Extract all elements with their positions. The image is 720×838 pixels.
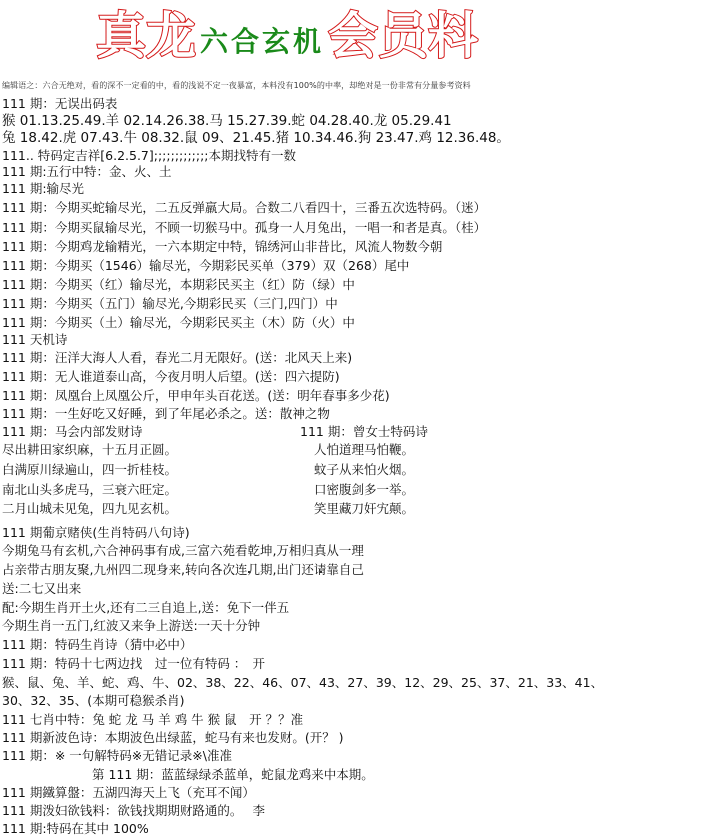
one-sentence-content: 第 111 期：蓝蓝绿绿杀蓝单，蛇鼠龙鸡来中本期。 (92, 766, 374, 784)
poem-left-line: 尽出耕田家织麻，十五月正圆。 (2, 441, 177, 459)
special-code-within-line: 111 期:特码在其中 100% (2, 820, 149, 838)
text-line: 占亲带古朋友聚,九州四二现身来,转向各次连几期,出门还请靠自己 (2, 561, 364, 579)
stray-dot (248, 571, 250, 573)
section-heading-code-table: 111 期：无误出码表 (2, 95, 117, 113)
heaven-poem-heading: 111 天机诗 (2, 331, 67, 349)
poem-right-line: 人怕道理马怕鞭。 (314, 441, 414, 459)
text-line: 111 期：今期鸡龙输精光，一六本期定中特，锦绣河山非昔比，风流人物数今朝 (2, 238, 442, 256)
macau-gambler-heading: 111 期葡京赌侠(生肖特码八句诗) (2, 524, 190, 542)
text-line: 111 期：今期买（1546）输尽光，今期彩民买单（379）双（268）尾中 (2, 257, 409, 275)
wave-color-poem-line: 111 期新波色诗：本期波色出绿蓝，蛇马有来也发财。(开？ ) (2, 729, 344, 747)
iron-abacus-line: 111 期鐵算盤：五湖四海天上飞（充耳不闻） (2, 784, 255, 802)
lose-all-heading: 111 期:输尽光 (2, 180, 84, 198)
money-wanting-line: 111 期泼妇欲钱料：欲钱找期期财路通的。 李 (2, 802, 265, 820)
text-line: 111 期：无人谁道泰山高，今夜月明人后望。(送：四六提防) (2, 368, 340, 386)
text-line: 111 期：汪洋大海人人看，春光二月无限好。(送：北风天上来) (2, 349, 352, 367)
poem-right-title: 111 期：曾女士特码诗 (300, 423, 428, 441)
text-line: 111 期：今期买（红）输尽光，本期彩民买主（红）防（绿）中 (2, 276, 355, 294)
five-elements-line: 111 期:五行中特：金、火、土 (2, 163, 172, 181)
text-line: 111 期：一生好吃又好睡，到了年尾必杀之。送：散神之物 (2, 405, 330, 423)
banner-title-zhenlong: 真龙 (96, 6, 196, 66)
poem-left-line: 南北山头多虎马，三衰六旺定。 (2, 481, 177, 499)
text-line: 配:今期生肖开土火,还有二三自追上,送：免下一伴五 (2, 599, 289, 617)
text-line: 111 期：今期买蛇输尽光，二五反弹羸大局。合数二八看四十，三番五次选特码。（迷… (2, 199, 486, 217)
zodiac-number-row-2: 兔 18.42.虎 07.43.牛 08.32.鼠 09、21.45.猪 10.… (2, 129, 510, 147)
one-sentence-heading: 111 期：※ 一句解特码※无错记录※\准准 (2, 747, 232, 765)
editor-disclaimer: 编辑语之：六合无绝对，看的深不一定看的中，看的浅说不定一夜暴富，本料没有100%… (2, 80, 471, 91)
banner-logo: 真龙 六合玄机 会员料 (96, 6, 478, 66)
poem-left-line: 白满原川绿遍山，四一折桂枝。 (2, 461, 177, 479)
poem-right-line: 口密腹剑多一举。 (314, 481, 414, 499)
banner-title-huiyuanliao: 会员料 (328, 6, 478, 66)
poem-left-line: 二月山城未见兔，四九见玄机。 (2, 500, 177, 518)
text-line: 111 期：特码十七两边找 过一位有特码 ： 开 (2, 655, 265, 673)
zodiac-poem-heading: 111 期：特码生肖诗（猜中必中） (2, 636, 192, 654)
poem-right-line: 蚊子从来怕火烟。 (314, 461, 414, 479)
text-line: 送:二七又出来 (2, 580, 81, 598)
zodiac-number-row-1: 猴 01.13.25.49.羊 02.14.26.38.马 15.27.39.蛇… (2, 112, 452, 130)
text-line: 今期生肖一五门,红波又来争上游送:一天十分钟 (2, 617, 260, 635)
seven-zodiac-line: 111 七肖中特：兔 蛇 龙 马 羊 鸡 牛 猴 鼠 开 ？？准 (2, 711, 303, 729)
text-line: 今期兔马有玄机,六合神码事有成,三富六苑看乾坤,万相归真从一理 (2, 542, 364, 560)
banner-subtitle-liuhexuanji: 六合玄机 (200, 20, 324, 60)
text-line: 111 期：今期买鼠输尽光，不顾一切猴马中。孤身一人月兔出，一唱一和者是真。（桂… (2, 219, 486, 237)
text-line: 111 期：今期买（五门）输尽光,今期彩民买（三门,四门）中 (2, 295, 338, 313)
text-line: 111 期：今期买（土）输尽光，今期彩民买主（木）防（火）中 (2, 314, 355, 332)
text-line: 111 期：凤凰台上凤凰公斤，甲申年头百花送。(送：明年春事多少花) (2, 387, 390, 405)
stray-dot (320, 571, 322, 573)
poem-left-title: 111 期：马会内部发财诗 (2, 423, 142, 441)
number-list-line: 猴、鼠、兔、羊、蛇、鸡、牛、02、38、22、46、07、43、27、39、12… (2, 674, 603, 692)
poem-right-line: 笑里藏刀奸宄颠。 (314, 500, 414, 518)
number-list-line: 30、32、35、(本期可稳猴杀肖) (2, 692, 184, 710)
